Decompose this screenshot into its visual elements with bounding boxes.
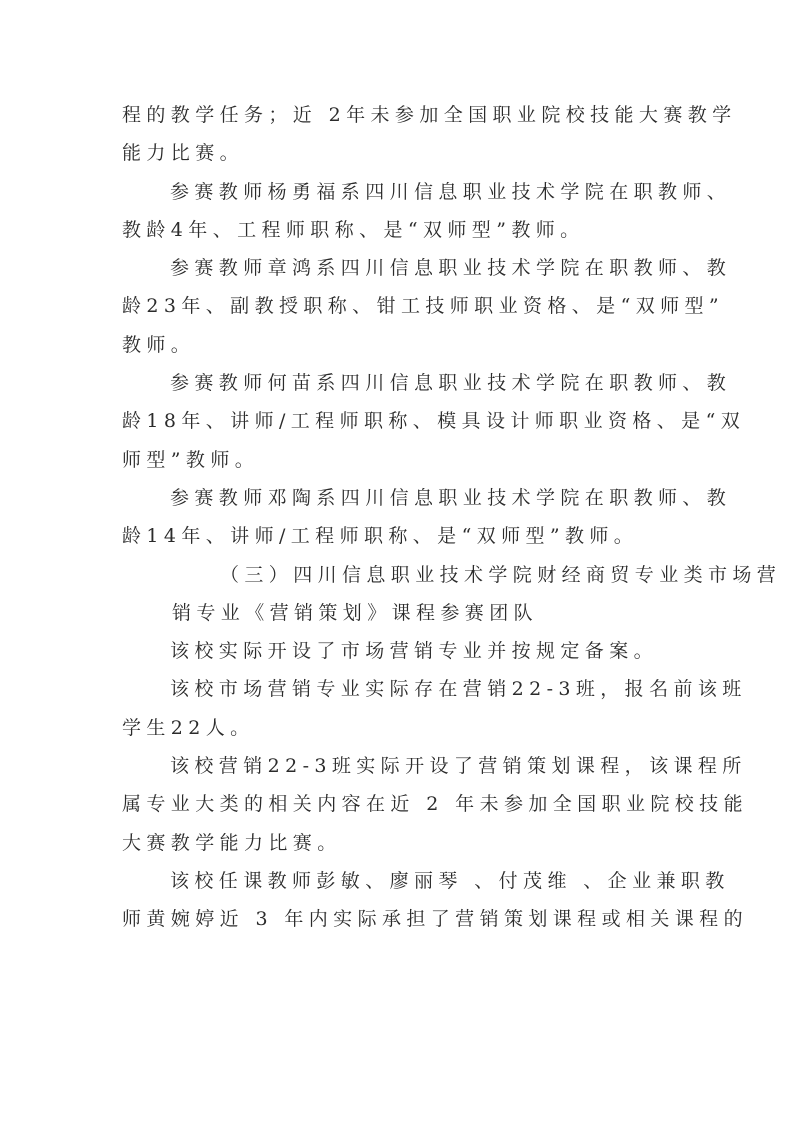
text-line: 该校市场营销专业实际存在营销22-3班，报名前该班 <box>122 670 650 708</box>
document-page: 程的教学任务；近 2年未参加全国职业院校技能大赛教学 能力比赛。 参赛教师杨勇福… <box>0 0 793 1122</box>
paragraph-teacher-zhang: 参赛教师章鸿系四川信息职业技术学院在职教师、教 龄23年、副教授职称、钳工技师职… <box>122 249 650 364</box>
text-line: 师黄婉婷近 3 年内实际承担了营销策划课程或相关课程的 <box>122 900 650 938</box>
text-line: 参赛教师邓陶系四川信息职业技术学院在职教师、教 <box>122 479 650 517</box>
text-line: 该校实际开设了市场营销专业并按规定备案。 <box>122 632 650 670</box>
text-line: （三）四川信息职业技术学院财经商贸专业类市场营 <box>122 556 650 594</box>
text-line: 该校任课教师彭敏、廖丽琴 、付茂维 、企业兼职教 <box>122 862 650 900</box>
text-line: 属专业大类的相关内容在近 2 年未参加全国职业院校技能 <box>122 785 650 823</box>
text-line: 学生22人。 <box>122 709 650 747</box>
text-line: 师型”教师。 <box>122 441 650 479</box>
text-line: 该校营销22-3班实际开设了营销策划课程，该课程所 <box>122 747 650 785</box>
document-body: 程的教学任务；近 2年未参加全国职业院校技能大赛教学 能力比赛。 参赛教师杨勇福… <box>122 96 650 939</box>
text-line: 教师。 <box>122 326 650 364</box>
text-line: 龄14年、讲师/工程师职称、是“双师型”教师。 <box>122 517 650 555</box>
text-line: 参赛教师何苗系四川信息职业技术学院在职教师、教 <box>122 364 650 402</box>
text-line: 大赛教学能力比赛。 <box>122 824 650 862</box>
paragraph-teacher-yang: 参赛教师杨勇福系四川信息职业技术学院在职教师、 教龄4年、工程师职称、是“双师型… <box>122 173 650 250</box>
paragraph-class-exists: 该校市场营销专业实际存在营销22-3班，报名前该班 学生22人。 <box>122 670 650 747</box>
text-line: 参赛教师杨勇福系四川信息职业技术学院在职教师、 <box>122 173 650 211</box>
text-line: 销专业《营销策划》课程参赛团队 <box>122 594 650 632</box>
paragraph-major-filed: 该校实际开设了市场营销专业并按规定备案。 <box>122 632 650 670</box>
text-line: 龄18年、讲师/工程师职称、模具设计师职业资格、是“双 <box>122 402 650 440</box>
paragraph-teacher-he: 参赛教师何苗系四川信息职业技术学院在职教师、教 龄18年、讲师/工程师职称、模具… <box>122 364 650 479</box>
paragraph-course-offered: 该校营销22-3班实际开设了营销策划课程，该课程所 属专业大类的相关内容在近 2… <box>122 747 650 862</box>
paragraph-teachers-course: 该校任课教师彭敏、廖丽琴 、付茂维 、企业兼职教 师黄婉婷近 3 年内实际承担了… <box>122 862 650 939</box>
text-line: 能力比赛。 <box>122 134 650 172</box>
text-line: 参赛教师章鸿系四川信息职业技术学院在职教师、教 <box>122 249 650 287</box>
paragraph-continuation: 程的教学任务；近 2年未参加全国职业院校技能大赛教学 能力比赛。 <box>122 96 650 173</box>
paragraph-teacher-deng: 参赛教师邓陶系四川信息职业技术学院在职教师、教 龄14年、讲师/工程师职称、是“… <box>122 479 650 556</box>
text-line: 龄23年、副教授职称、钳工技师职业资格、是“双师型” <box>122 287 650 325</box>
section-heading-3: （三）四川信息职业技术学院财经商贸专业类市场营 销专业《营销策划》课程参赛团队 <box>122 556 650 633</box>
text-line: 程的教学任务；近 2年未参加全国职业院校技能大赛教学 <box>122 96 650 134</box>
text-line: 教龄4年、工程师职称、是“双师型”教师。 <box>122 211 650 249</box>
